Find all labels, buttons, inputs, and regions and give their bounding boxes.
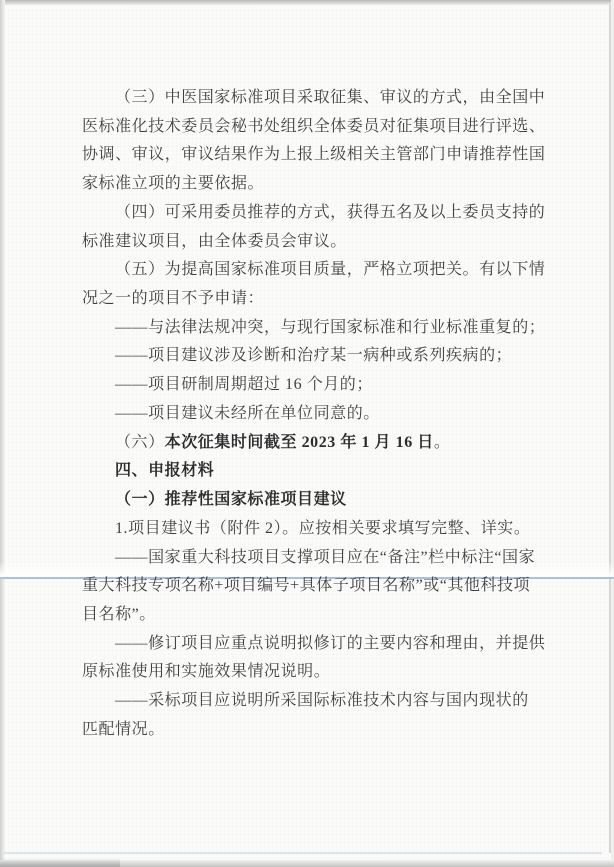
text-line: （一）推荐性国家标准项目建议 (82, 486, 550, 515)
text-line: 协调、审议，审议结果作为上报上级相关主管部门申请推荐性国 (82, 141, 550, 170)
text-run: （五）为提高国家标准项目质量，严格立项把关。有以下情 (115, 261, 545, 278)
text-line: ——与法律法规冲突，与现行国家标准和行业标准重复的； (82, 314, 550, 343)
bold-text-run: 四、申报材料 (115, 462, 214, 479)
scan-edge-left (0, 0, 5, 867)
text-run: 重大科技专项名称+项目编号+具体子项目名称”或“其他科技项 (82, 577, 530, 594)
text-line: （六）本次征集时间截至 2023 年 1 月 16 日。 (82, 429, 550, 458)
text-run: 1.项目建议书（附件 2）。应按相关要求填写完整、详实。 (115, 520, 530, 537)
text-line: ——采标项目应说明所采国际标准技术内容与国内现状的 (82, 687, 550, 716)
text-line: （五）为提高国家标准项目质量，严格立项把关。有以下情 (82, 256, 550, 285)
text-run: ——与法律法规冲突，与现行国家标准和行业标准重复的； (115, 319, 545, 336)
text-line: 1.项目建议书（附件 2）。应按相关要求填写完整、详实。 (82, 515, 550, 544)
text-run: 医标准化技术委员会秘书处组织全体委员对征集项目进行评选、 (82, 118, 545, 135)
bold-text-run: 本次征集时间截至 2023 年 1 月 16 日 (165, 434, 434, 451)
text-run: ——采标项目应说明所采国际标准技术内容与国内现状的 (115, 692, 529, 709)
bold-text-run: （一）推荐性国家标准项目建议 (115, 491, 347, 508)
text-line: 原标准使用和实施效果情况说明。 (82, 658, 550, 687)
text-line: 重大科技专项名称+项目编号+具体子项目名称”或“其他科技项 (82, 572, 550, 601)
text-line: 目名称”。 (82, 601, 550, 630)
text-line: ——修订项目应重点说明拟修订的主要内容和理由，并提供 (82, 630, 550, 659)
text-line: 医标准化技术委员会秘书处组织全体委员对征集项目进行评选、 (82, 113, 550, 142)
text-line: ——项目建议未经所在单位同意的。 (82, 400, 550, 429)
text-line: 标准建议项目，由全体委员会审议。 (82, 228, 550, 257)
scan-edge-right-line (609, 4, 611, 853)
text-run: 匹配情况。 (82, 721, 165, 738)
text-run: 标准建议项目，由全体委员会审议。 (82, 233, 347, 250)
text-run: 原标准使用和实施效果情况说明。 (82, 663, 330, 680)
text-run: ——项目建议未经所在单位同意的。 (115, 405, 380, 422)
text-run: 目名称”。 (82, 606, 156, 623)
text-line: 况之一的项目不予申请： (82, 285, 550, 314)
text-line: ——项目研制周期超过 16 个月的； (82, 371, 550, 400)
text-line: （四）可采用委员推荐的方式，获得五名及以上委员支持的 (82, 199, 550, 228)
text-run: 。 (434, 434, 451, 451)
text-line: （三）中医国家标准项目采取征集、审议的方式，由全国中 (82, 84, 550, 113)
text-run: 家标准立项的主要依据。 (82, 175, 264, 192)
text-run: ——修订项目应重点说明拟修订的主要内容和理由，并提供 (115, 635, 545, 652)
text-line: 四、申报材料 (82, 457, 550, 486)
text-line: 家标准立项的主要依据。 (82, 170, 550, 199)
text-run: 况之一的项目不予申请： (82, 290, 264, 307)
scanned-document-page: （三）中医国家标准项目采取征集、审议的方式，由全国中医标准化技术委员会秘书处组织… (0, 0, 614, 867)
bottom-scan-line-artifact (4, 852, 602, 854)
text-run: （六） (115, 434, 165, 451)
text-line: ——项目建议涉及诊断和治疗某一病种或系列疾病的； (82, 342, 550, 371)
text-run: ——项目建议涉及诊断和治疗某一病种或系列疾病的； (115, 347, 512, 364)
text-line: 匹配情况。 (82, 716, 550, 745)
scan-edge-top (0, 0, 614, 5)
scan-edge-bottom-left (0, 858, 120, 867)
document-body: （三）中医国家标准项目采取征集、审议的方式，由全国中医标准化技术委员会秘书处组织… (82, 84, 550, 745)
text-run: （三）中医国家标准项目采取征集、审议的方式，由全国中 (115, 89, 545, 106)
text-run: ——国家重大科技项目支撑项目应在“备注”栏中标注“国家 (115, 549, 535, 566)
text-run: 协调、审议，审议结果作为上报上级相关主管部门申请推荐性国 (82, 146, 545, 163)
text-run: ——项目研制周期超过 16 个月的； (115, 376, 373, 393)
text-run: （四）可采用委员推荐的方式，获得五名及以上委员支持的 (115, 204, 545, 221)
text-line: ——国家重大科技项目支撑项目应在“备注”栏中标注“国家 (82, 544, 550, 573)
